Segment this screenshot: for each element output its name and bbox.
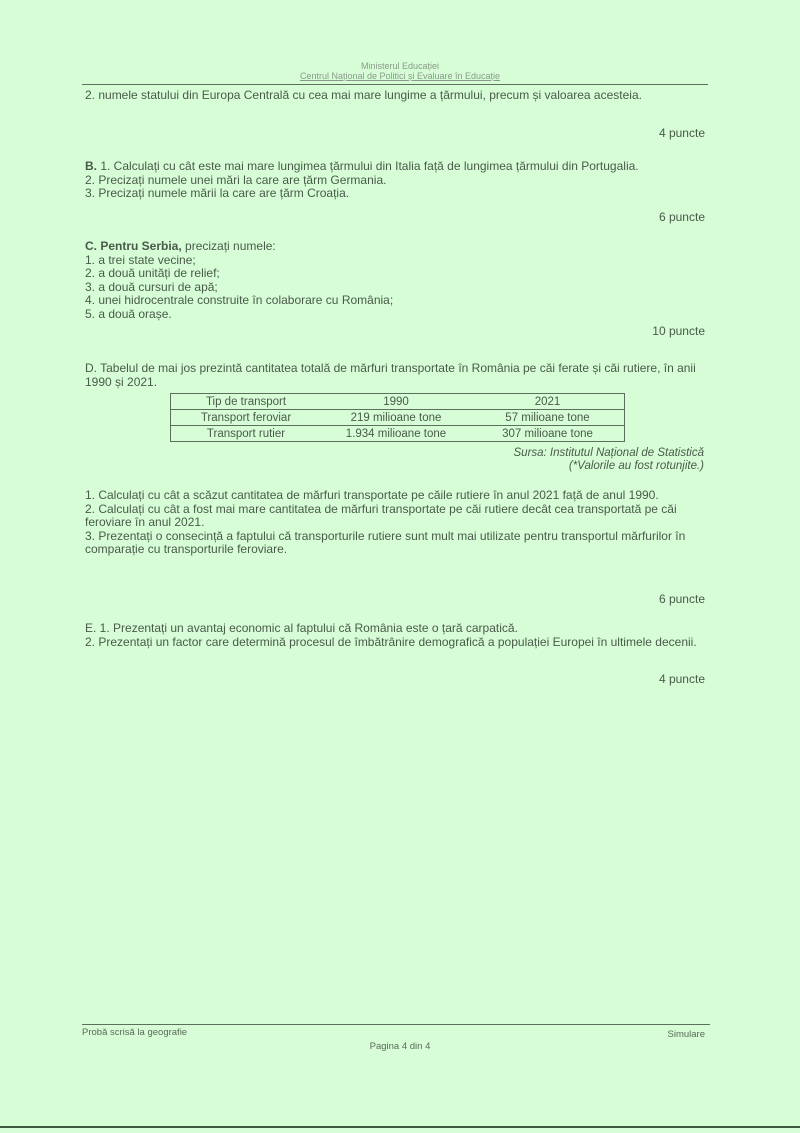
section-d-questions: 1. Calculați cu cât a scăzut cantitatea … [85, 489, 707, 557]
section-a-tail: 2. numele statului din Europa Centrală c… [85, 89, 707, 103]
footer-divider [82, 1024, 710, 1025]
question-c5: 5. a două orașe. [85, 308, 707, 322]
table-cell: Transport feroviar [171, 410, 322, 426]
header-cell: Tip de transport [171, 394, 322, 410]
footer-exam-type: Simulare [668, 1029, 706, 1040]
table-row: Transport rutier 1.934 milioane tone 307… [171, 426, 625, 442]
table-row: Transport feroviar 219 milioane tone 57 … [171, 410, 625, 426]
section-c-label: C. Pentru Serbia, [85, 239, 182, 253]
question-text: 1. Calculați cu cât este mai mare lungim… [100, 159, 638, 173]
section-b: B. 1. Calculați cu cât este mai mare lun… [85, 160, 707, 201]
table-cell: 57 milioane tone [471, 410, 625, 426]
table-cell: 307 milioane tone [471, 426, 625, 442]
points-c: 10 puncte [652, 324, 705, 338]
question-c3: 3. a două cursuri de apă; [85, 281, 707, 295]
header-cell: 2021 [471, 394, 625, 410]
footer-subject: Probă scrisă la geografie [82, 1027, 187, 1038]
header-ministry: Ministerul Educației [0, 61, 800, 71]
source-text: Sursa: Institutul Național de Statistică [514, 447, 705, 460]
question-b2: 2. Precizați numele unei mări la care ar… [85, 174, 707, 188]
section-d-intro: D. Tabelul de mai jos prezintă cantitate… [85, 362, 707, 389]
points-b: 6 puncte [659, 210, 705, 224]
points-d: 6 puncte [659, 592, 705, 606]
section-b-label: B. [85, 159, 97, 173]
footer-page-number: Pagina 4 din 4 [0, 1041, 800, 1052]
section-c: C. Pentru Serbia, precizați numele: 1. a… [85, 240, 707, 321]
section-e: E. 1. Prezentați un avantaj economic al … [85, 622, 707, 649]
rounding-note: (*Valorile au fost rotunjite.) [514, 460, 705, 473]
question-b3: 3. Precizați numele mării la care are ță… [85, 187, 707, 201]
question-b1: B. 1. Calculați cu cât este mai mare lun… [85, 160, 707, 174]
question-c4: 4. unei hidrocentrale construite în cola… [85, 294, 707, 308]
table-cell: 1.934 milioane tone [321, 426, 471, 442]
question-d3: 3. Prezentați o consecință a faptului că… [85, 530, 707, 557]
question-c2: 2. a două unități de relief; [85, 267, 707, 281]
points-a: 4 puncte [659, 126, 705, 140]
question-d2: 2. Calculați cu cât a fost mai mare cant… [85, 503, 707, 530]
bottom-edge-line [0, 1126, 800, 1128]
transport-table: Tip de transport 1990 2021 Transport fer… [170, 393, 625, 442]
points-e: 4 puncte [659, 672, 705, 686]
question-e1: E. 1. Prezentați un avantaj economic al … [85, 622, 707, 636]
question-text: 2. numele statului din Europa Centrală c… [85, 89, 707, 103]
table-cell: Transport rutier [171, 426, 322, 442]
question-c1: 1. a trei state vecine; [85, 254, 707, 268]
header-divider [82, 84, 708, 85]
table-source: Sursa: Institutul Național de Statistică… [514, 447, 705, 473]
intro-text: precizați numele: [182, 239, 276, 253]
table-cell: 219 milioane tone [321, 410, 471, 426]
question-d1: 1. Calculați cu cât a scăzut cantitatea … [85, 489, 707, 503]
header-cell: 1990 [321, 394, 471, 410]
section-c-intro: C. Pentru Serbia, precizați numele: [85, 240, 707, 254]
table-header-row: Tip de transport 1990 2021 [171, 394, 625, 410]
question-e2: 2. Prezentați un factor care determină p… [85, 636, 707, 650]
header-center: Centrul Național de Politici și Evaluare… [0, 71, 800, 81]
